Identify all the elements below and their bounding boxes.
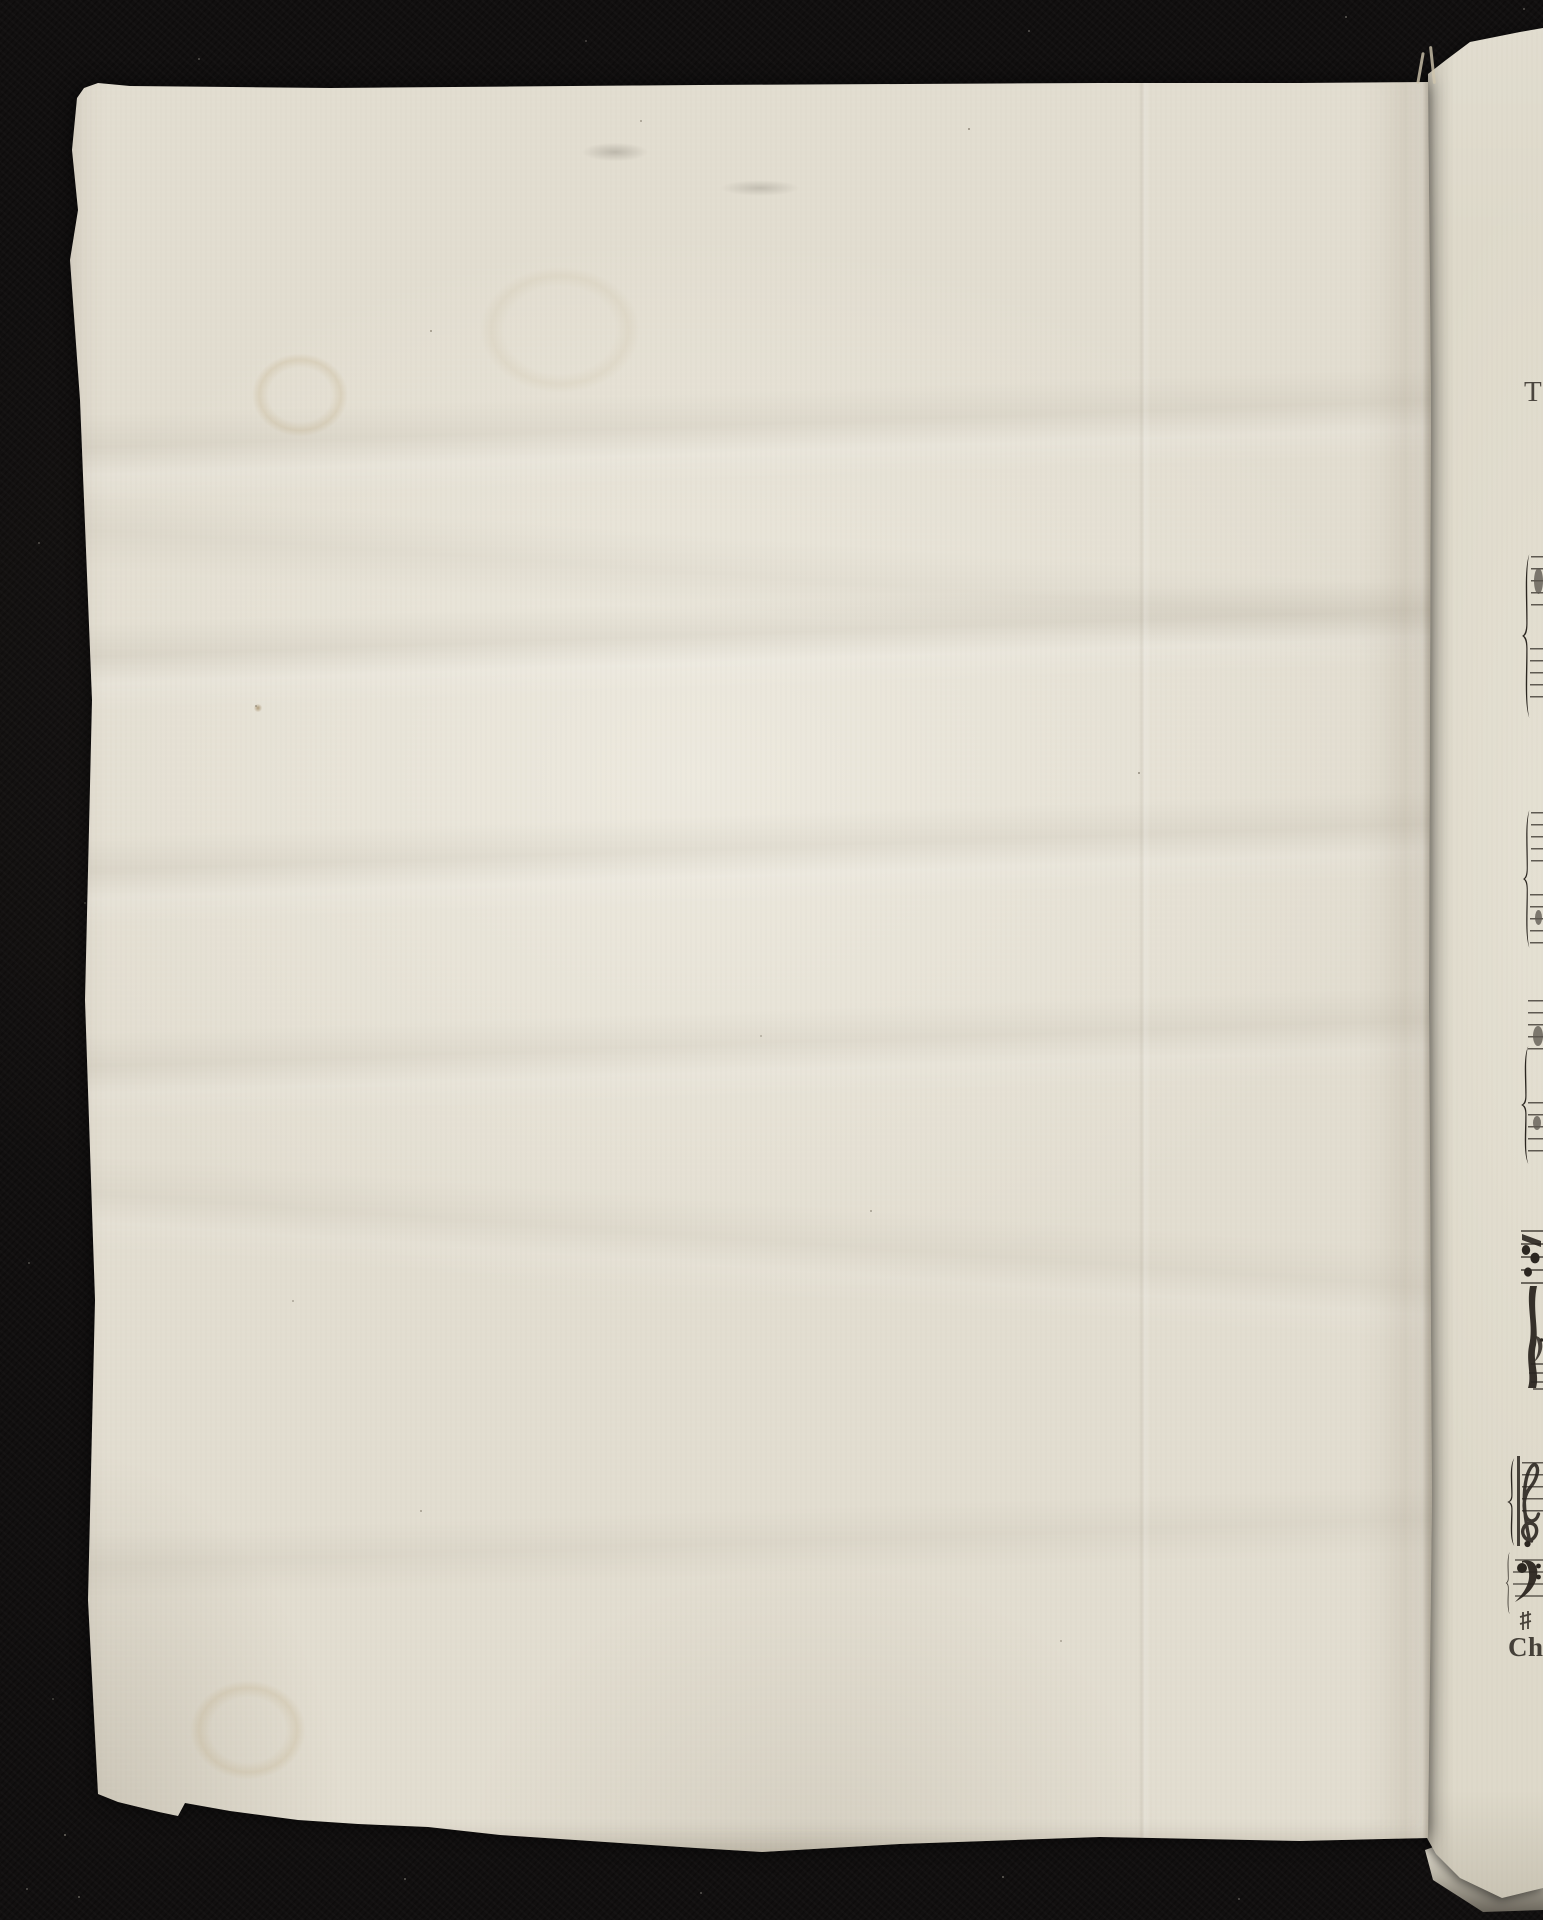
bass-clef-fragment [1505,1550,1543,1636]
music-system-fragment-1 [1521,550,1543,722]
note-cluster-icon [1533,1116,1541,1130]
paper-fleck-specks [60,55,62,57]
staff-lines [1528,1102,1543,1158]
music-system-fragment-4 [1519,1228,1543,1390]
engraved-staff-icon [1519,1228,1543,1390]
note-cluster-icon [1534,568,1543,594]
note-cluster-icon [1533,1026,1543,1046]
music-system-fragment-2 [1522,808,1543,950]
lint-specks [0,0,2,2]
blank-page-wrapper [60,55,1435,1855]
note-cluster-icon [1535,910,1542,925]
staff-lines [1528,1000,1543,1052]
system-brace-icon [1521,554,1530,718]
staff-lines [1531,556,1543,606]
plate-number-fragment: Ch:7 [1508,1634,1543,1661]
treble-clef-fragment [1506,1454,1543,1550]
photograph-of-open-book: T [0,0,1543,1920]
system-brace-icon [1506,1458,1515,1546]
staff-lines [1531,812,1543,862]
treble-clef-icon [1519,1454,1543,1550]
system-brace-icon [1522,810,1530,948]
title-letter-fragment: T [1524,378,1542,407]
blank-verso-page [60,55,1435,1855]
staff-lines [1530,894,1543,946]
bass-clef-icon [1509,1550,1543,1636]
staff-lines [1530,648,1543,700]
music-system-fragment-3 [1520,1000,1543,1186]
